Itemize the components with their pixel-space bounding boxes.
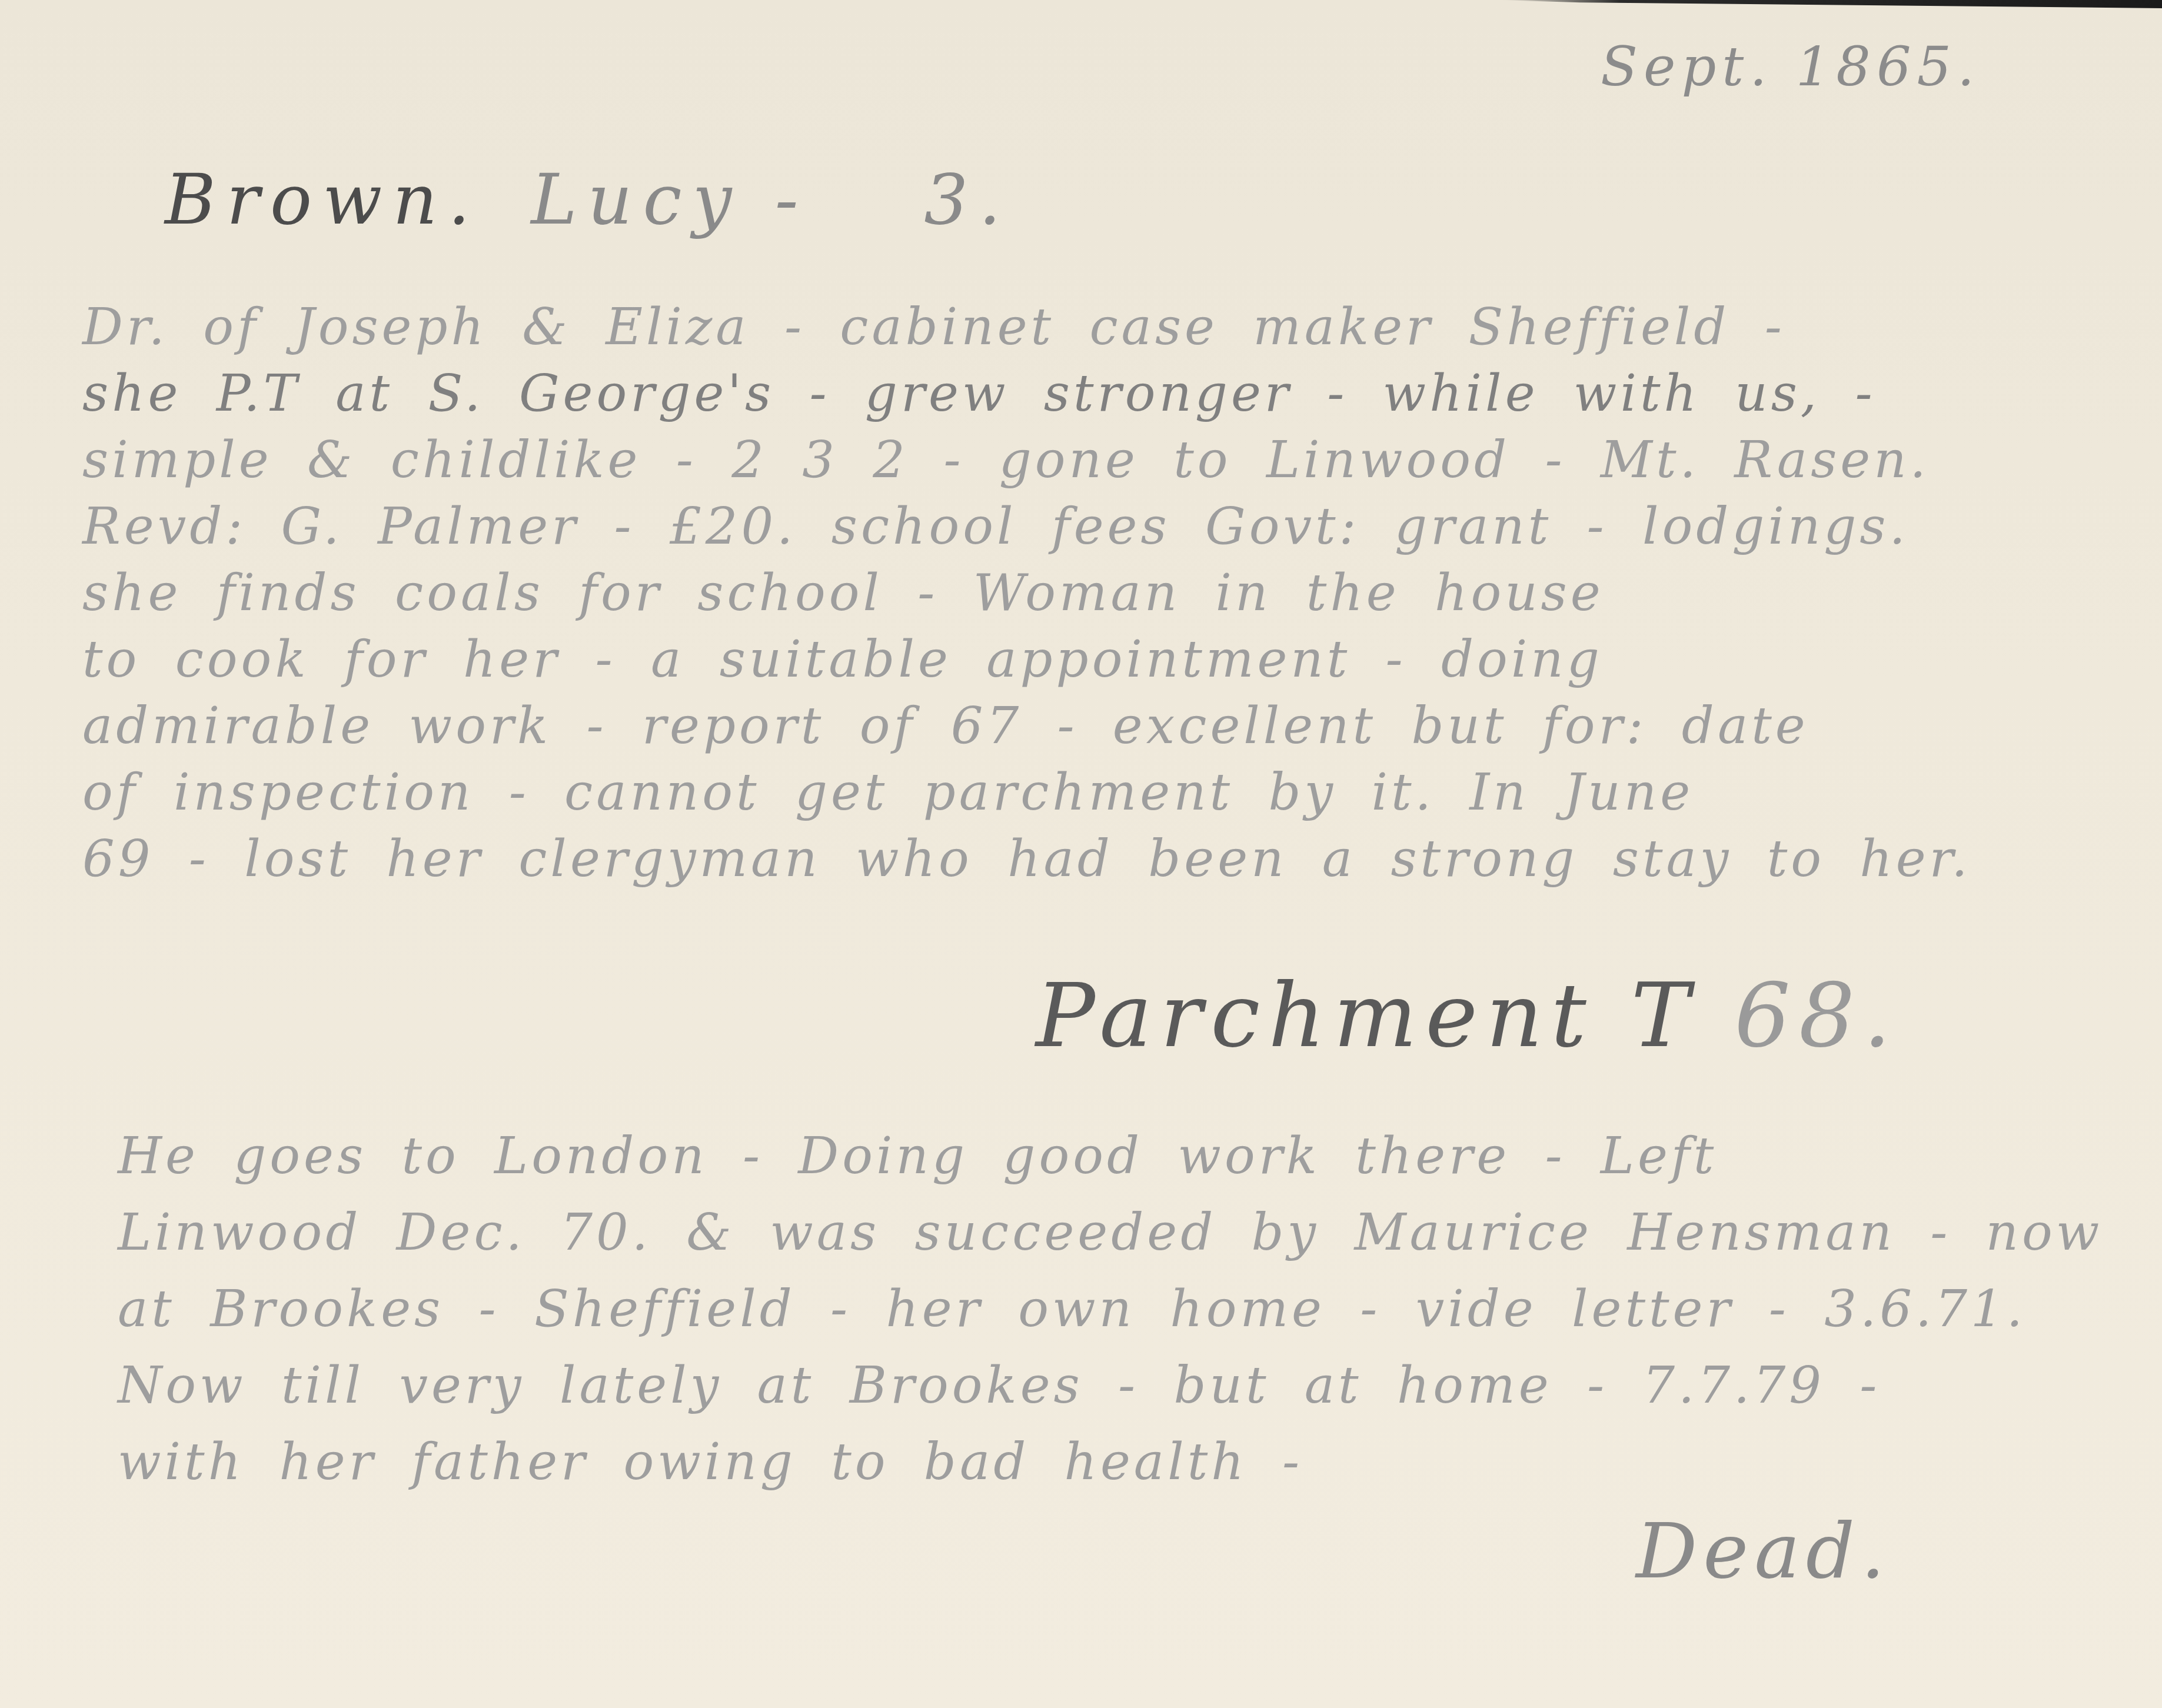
note-line: of inspection - cannot get parchment by … [82, 760, 2095, 826]
parchment-year: 68. [1734, 965, 1900, 1067]
final-status: Dead. [1636, 1506, 1891, 1596]
later-note-line: at Brookes - Sheffield - her own home - … [118, 1271, 2130, 1347]
note-line: she P.T at S. George's - grew stronger -… [82, 361, 2095, 427]
parchment-mark: Parchment T 68. [1036, 965, 1900, 1067]
page-date: Sept. 1865. [1601, 35, 1980, 98]
note-line: she finds coals for school - Woman in th… [82, 560, 2095, 627]
parchment-label: Parchment T [1036, 965, 1698, 1067]
scan-edge-shadow [1501, 0, 2162, 8]
note-line: to cook for her - a suitable appointment… [82, 627, 2095, 693]
note-line: simple & childlike - 2 3 2 - gone to Lin… [82, 427, 2095, 494]
entry-surname: Brown. [165, 159, 481, 240]
later-note-line: Now till very lately at Brookes - but at… [118, 1347, 2130, 1424]
note-line: Revd: G. Palmer - £20. school fees Govt:… [82, 494, 2095, 560]
entry-notes: Dr. of Joseph & Eliza - cabinet case mak… [82, 294, 2095, 893]
later-notes: He goes to London - Doing good work ther… [118, 1118, 2130, 1500]
entry-number: 3. [924, 159, 1012, 240]
later-note-line: He goes to London - Doing good work ther… [118, 1118, 2130, 1194]
later-note-line: with her father owing to bad health - [118, 1424, 2130, 1500]
manuscript-page: Sept. 1865. Brown. Lucy - 3. Dr. of Jose… [0, 0, 2162, 1708]
note-line: admirable work - report of 67 - excellen… [82, 693, 2095, 760]
note-line: Dr. of Joseph & Eliza - cabinet case mak… [82, 294, 2095, 361]
note-line: 69 - lost her clergyman who had been a s… [82, 826, 2095, 893]
entry-given-name: Lucy - [531, 159, 809, 240]
entry-heading: Brown. Lucy - 3. [165, 159, 1012, 240]
later-note-line: Linwood Dec. 70. & was succeeded by Maur… [118, 1194, 2130, 1271]
